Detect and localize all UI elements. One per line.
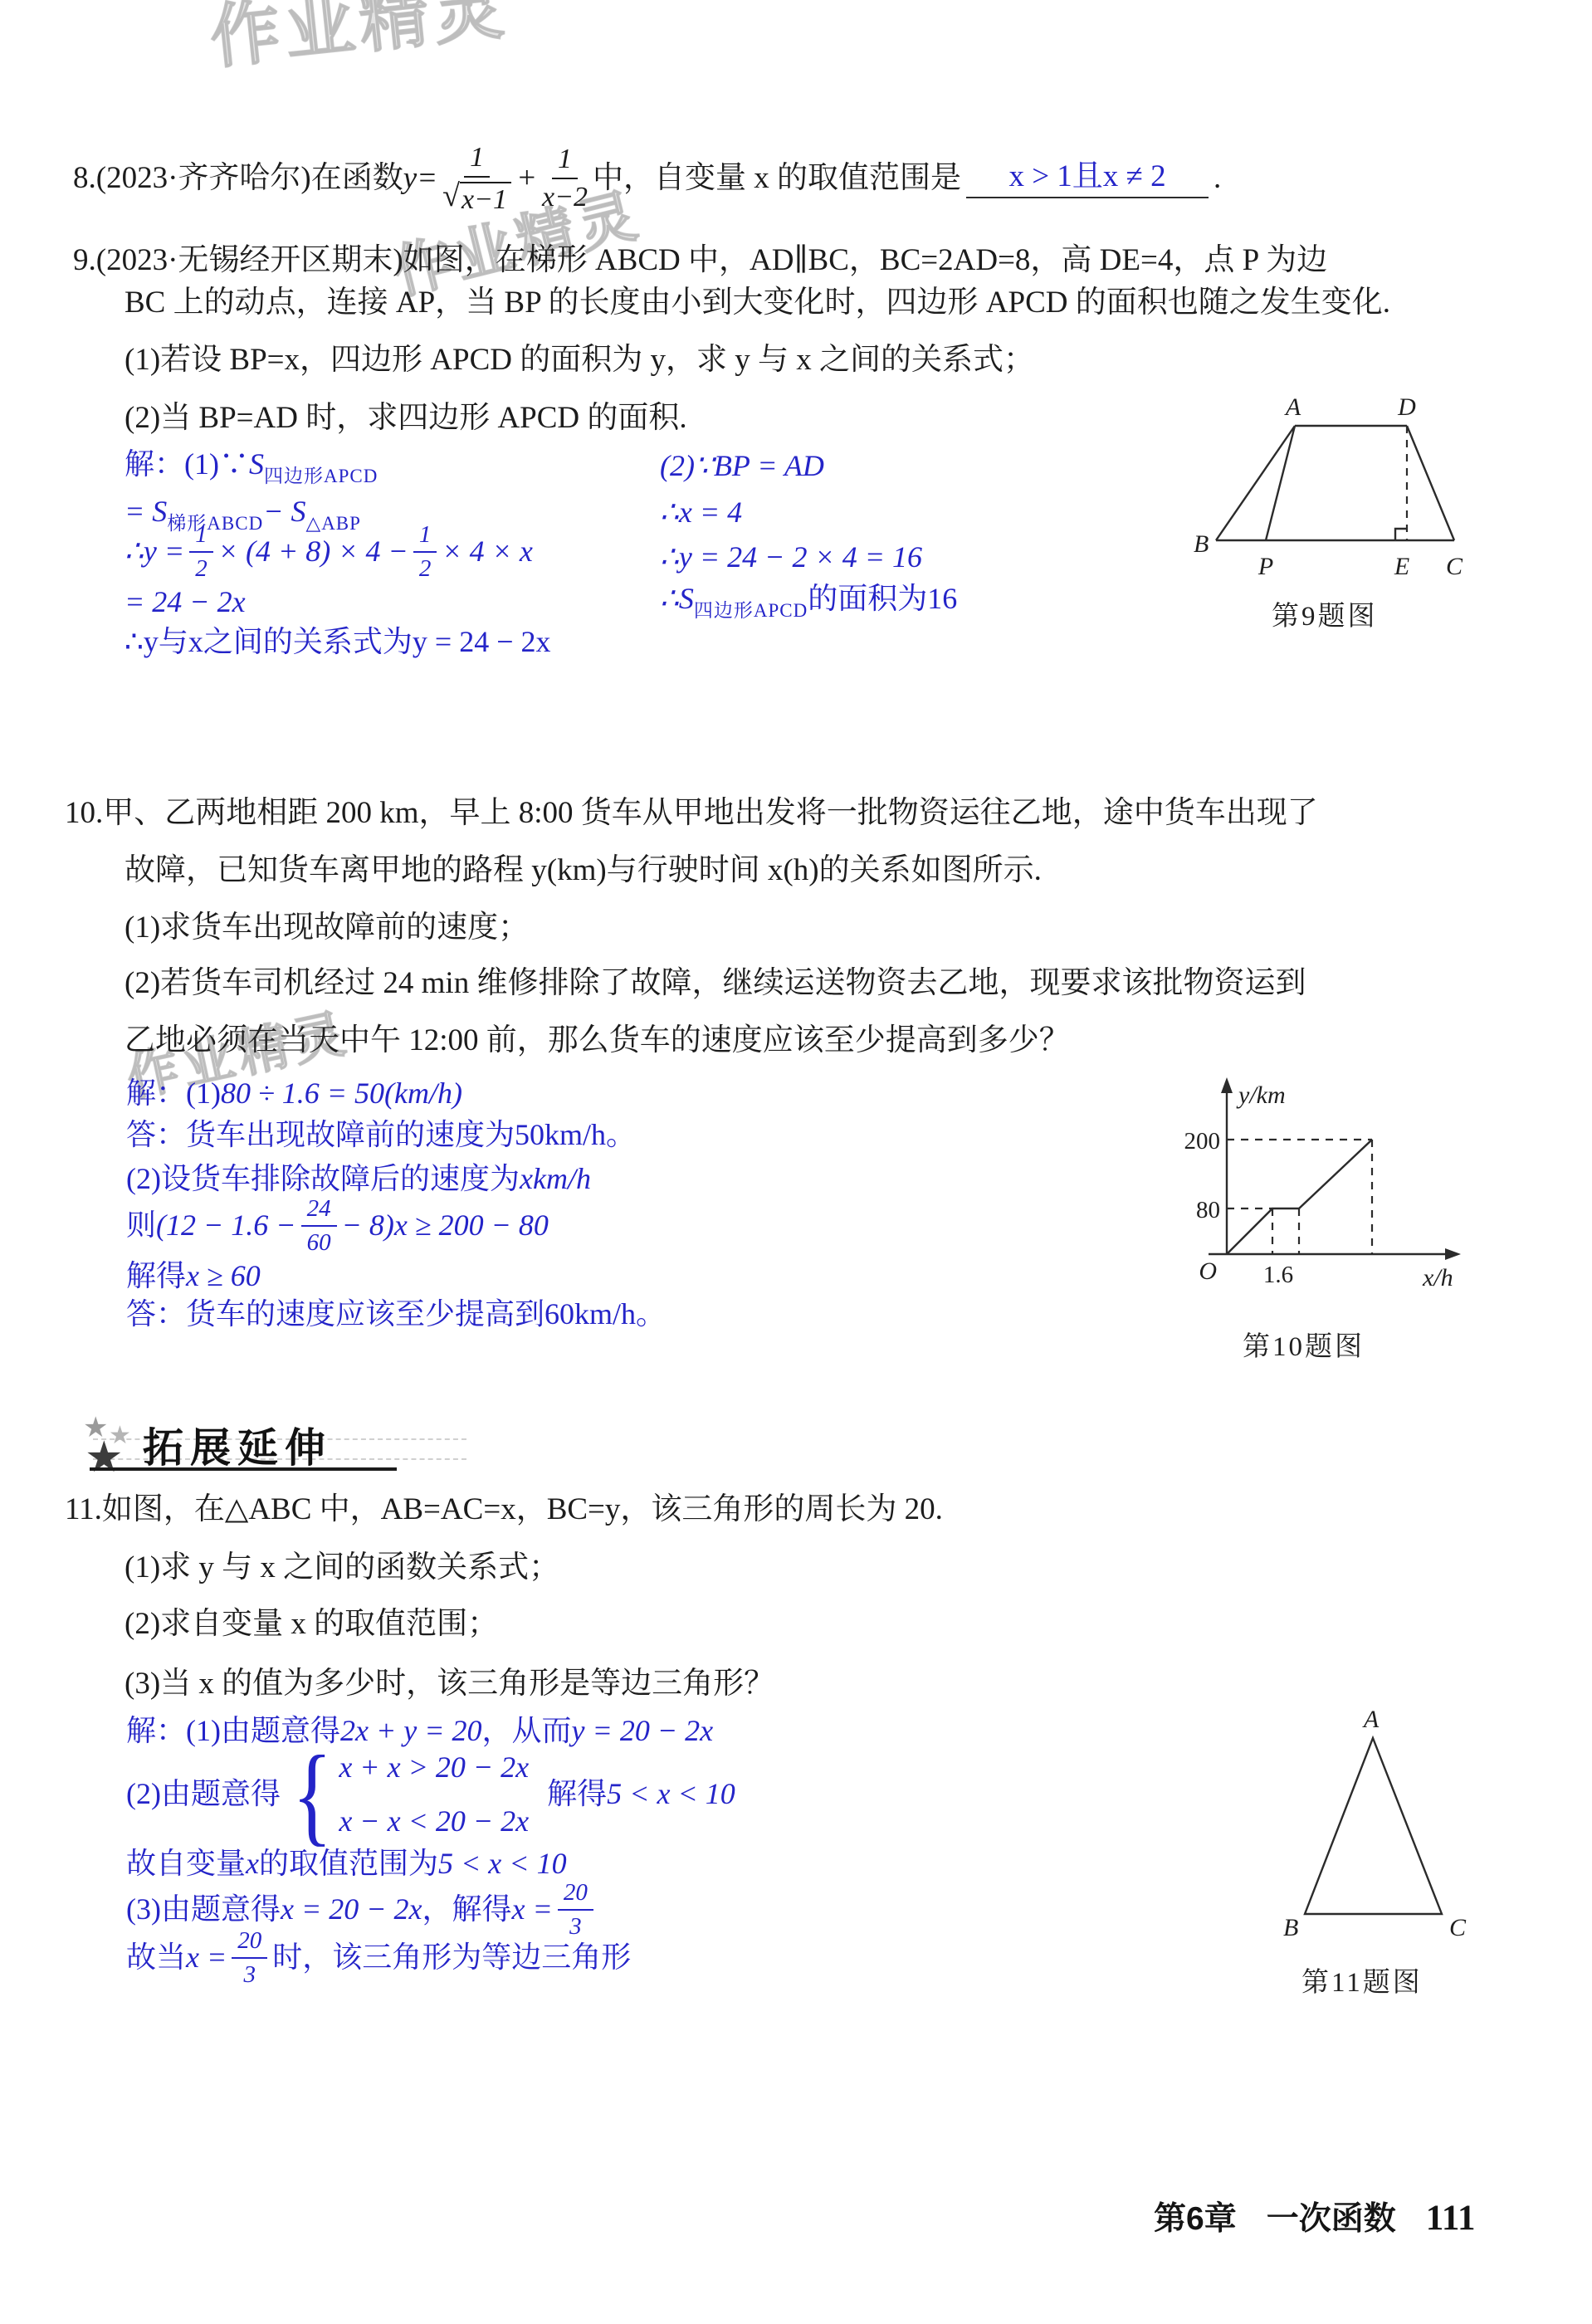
problem-9-line-2: BC 上的动点，连接 AP，当 BP 的长度由小到大变化时，四边形 APCD 的… (125, 285, 1390, 321)
radical-sign: √ (442, 182, 460, 210)
solution-text: x (246, 1846, 259, 1882)
fraction-numerator: 20 (232, 1929, 267, 1959)
solution-text: × 4 × x (442, 534, 533, 569)
solution-11-line-3: 故自变量 x 的取值范围为 5 < x < 10 (126, 1846, 567, 1882)
problem-10-line-1: 10.甲、乙两地相距 200 km，早上 8:00 货车从甲地出发将一批物资运往… (65, 795, 1318, 832)
y-tick-80: 80 (1196, 1197, 1220, 1223)
vertex-label-c: C (1449, 1914, 1467, 1941)
solution-text: 解得 (547, 1776, 607, 1812)
solution-text: 则 (126, 1208, 156, 1243)
solution-11-system: (2)由题意得 { x + x > 20 − 2x x − x < 20 − 2… (126, 1743, 735, 1846)
fraction-denominator: 60 (307, 1227, 331, 1255)
watermark-top: 作业精灵 (205, 0, 513, 82)
solution-text: × (4 + 8) × 4 − (218, 534, 408, 569)
solution-9-line-3: ∴y = 1 2 × (4 + 8) × 4 − 1 2 × 4 × x (125, 525, 533, 579)
solution-text: (12 − 1.6 − (156, 1208, 296, 1243)
solution-9-line-5: ∴y与x之间的关系式为y = 24 − 2x (125, 624, 551, 660)
inequality-1: x + x > 20 − 2x (339, 1750, 529, 1785)
solution-text: 80 ÷ 1.6 = 50(km/h) (221, 1076, 462, 1111)
y-axis-arrow (1221, 1077, 1233, 1093)
figure-10-graph: y/km x/h 200 80 O 1.6 (1177, 1073, 1467, 1301)
y-tick-200: 200 (1184, 1128, 1221, 1155)
solution-text: ，解得 (422, 1892, 512, 1927)
footer-page-number: 111 (1426, 2198, 1476, 2239)
solution-10-line-3: (2)设货车排除故障后的速度为 xkm/h (126, 1161, 591, 1197)
page-footer: 第6章 一次函数 111 (1154, 2193, 1475, 2239)
solution-text: (2)由题意得 (126, 1776, 281, 1812)
solution-text: x = (512, 1892, 553, 1927)
inequality-system: x + x > 20 − 2x x − x < 20 − 2x (339, 1750, 529, 1839)
problem-9-item-1: (1)若设 BP=x，四边形 APCD 的面积为 y，求 y 与 x 之间的关系… (125, 342, 1034, 378)
vertex-label-c: C (1446, 553, 1463, 580)
solution-text: xkm/h (520, 1161, 591, 1197)
solution-text: 时，该三角形为等边三角形 (272, 1940, 631, 1975)
guide-lines (1227, 1140, 1372, 1254)
problem-10-line-2: 故障，已知货车离甲地的路程 y(km)与行驶时间 x(h)的关系如图所示. (125, 852, 1042, 889)
solution-text: 解：(1) (126, 1076, 221, 1111)
solution-text: x = (186, 1940, 227, 1975)
problem-10-item-1: (1)求货车出现故障前的速度； (125, 910, 529, 946)
fraction-numerator: 24 (301, 1197, 337, 1227)
solution-text: ∴S (660, 581, 694, 617)
answer-blank-8: x > 1且x ≠ 2 (966, 159, 1209, 198)
fraction-numerator: 1 (189, 523, 213, 553)
vertex-label-a: A (1362, 1706, 1380, 1733)
solution-10-line-5: 解得 x ≥ 60 (126, 1258, 261, 1294)
fraction-numerator: 1 (413, 523, 437, 553)
x-axis-arrow (1445, 1248, 1461, 1260)
problem-11-line-1: 11.如图，在△ABC 中，AB=AC=x，BC=y，该三角形的周长为 20. (65, 1492, 943, 1528)
fraction-1-over-x-minus-2: 1 x−2 (542, 145, 588, 212)
problem-11-item-2: (2)求自变量 x 的取值范围； (125, 1606, 498, 1643)
problem-8-period: . (1214, 160, 1221, 197)
solution-text: 故自变量 (126, 1846, 246, 1882)
origin-label: O (1199, 1257, 1217, 1285)
solution-10-line-6: 答：货车的速度应该至少提高到60km/h。 (126, 1296, 666, 1332)
vertex-label-a: A (1284, 393, 1301, 421)
area-subscript: 四边形APCD (264, 465, 378, 488)
solution-9-line-1: 解：(1)∵ S 四边形APCD (125, 447, 378, 482)
x-tick-1-6: 1.6 (1263, 1262, 1293, 1288)
problem-11-item-3: (3)当 x 的值为多少时，该三角形是等边三角形？ (125, 1666, 774, 1702)
figure-11-caption: 第11题图 (1301, 1960, 1423, 1999)
section-underline (90, 1467, 397, 1471)
fraction-20-over-3: 20 3 (232, 1929, 267, 1987)
solution-9-right-3: ∴y = 24 − 2 × 4 = 16 (660, 539, 922, 575)
trapezoid-shape (1216, 426, 1454, 540)
plus-sign: + (516, 160, 537, 197)
solution-10-line-2: 答：货车出现故障前的速度为50km/h。 (126, 1117, 636, 1153)
problem-10-item-2a: (2)若货车司机经过 24 min 维修排除了故障，继续运送物资去乙地，现要求该… (125, 965, 1306, 1002)
figure-11-triangle: A B C (1272, 1706, 1487, 1947)
fraction-numerator: 20 (558, 1881, 593, 1911)
solution-text: x ≥ 60 (186, 1258, 261, 1294)
problem-8-line: 8.(2023·齐齐哈尔)在函数 y= 1 √ x−1 + 1 x−2 中，自变… (73, 124, 1221, 232)
fraction-denominator: 2 (195, 553, 208, 581)
problem-9-item-2: (2)当 BP=AD 时，求四边形 APCD 的面积. (125, 400, 687, 437)
problem-9-line-1: 9.(2023·无锡经开区期末)如图，在梯形 ABCD 中，AD∥BC，BC=2… (73, 242, 1327, 279)
solution-11-line-4: (3)由题意得 x = 20 − 2x ，解得 x = 20 3 (126, 1882, 598, 1937)
solution-text: 故当 (126, 1940, 186, 1975)
fraction-numerator: 1 (464, 144, 490, 178)
problem-8-mid: 中，自变量 x 的取值范围是 (593, 160, 961, 197)
solution-10-line-1: 解：(1) 80 ÷ 1.6 = 50(km/h) (126, 1076, 462, 1111)
footer-chapter: 第6章 (1154, 2193, 1237, 2239)
radicand: x−1 (460, 182, 511, 214)
fraction-numerator: 1 (552, 145, 578, 179)
fraction-24-over-60: 24 60 (301, 1197, 337, 1255)
solution-10-line-4: 则 (12 − 1.6 − 24 60 − 8)x ≥ 200 − 80 (126, 1199, 549, 1253)
solution-text: 的取值范围为 (259, 1846, 438, 1882)
fraction-denominator: 2 (419, 553, 432, 581)
area-symbol: S (249, 447, 264, 482)
solution-text: 解：(1)∵ (125, 447, 249, 482)
solution-9-right-1: (2)∵BP = AD (660, 448, 824, 484)
fraction-1-over-sqrt-x-minus-1: 1 √ x−1 (442, 144, 511, 214)
problem-11-item-1: (1)求 y 与 x 之间的函数关系式； (125, 1550, 559, 1586)
solution-text: 解得 (126, 1258, 186, 1294)
footer-chapter-title: 一次函数 (1267, 2193, 1396, 2239)
solution-9-line-4: = 24 − 2x (125, 584, 246, 620)
figure-9-trapezoid: A D B P E C (1187, 388, 1486, 596)
area-subscript: 四边形APCD (694, 599, 808, 622)
x-axis-label: x/h (1422, 1264, 1453, 1291)
solution-text: (3)由题意得 (126, 1892, 281, 1927)
vertex-label-e: E (1394, 553, 1409, 580)
fraction-one-half: 1 2 (189, 523, 213, 581)
vertex-label-b: B (1283, 1914, 1298, 1941)
textbook-page: 作业精灵 作业精灵 作业精灵 8.(2023·齐齐哈尔)在函数 y= 1 √ x… (0, 0, 1592, 2324)
figure-10-caption: 第10题图 (1243, 1325, 1365, 1364)
triangle-shape (1305, 1738, 1442, 1914)
vertex-label-d: D (1397, 393, 1416, 421)
fraction-denominator: x−2 (542, 179, 588, 212)
vertex-label-p: P (1257, 553, 1273, 580)
solution-text: x = 20 − 2x (281, 1892, 422, 1927)
fraction-denominator: √ x−1 (442, 178, 511, 214)
star-icon: ★ (85, 1433, 124, 1482)
solution-text: 的面积为16 (808, 581, 957, 617)
solution-text: (2)设货车排除故障后的速度为 (126, 1161, 520, 1197)
answer-text-8: x > 1且x ≠ 2 (1008, 159, 1165, 193)
figure-9-caption: 第9题图 (1272, 594, 1378, 633)
vertex-label-b: B (1194, 530, 1209, 558)
solution-9-right-4: ∴S 四边形APCD 的面积为16 (660, 581, 957, 617)
formula-y-equals: y= (403, 160, 437, 197)
y-axis-label: y/km (1236, 1081, 1286, 1109)
fraction-denominator: 3 (244, 1959, 256, 1987)
solution-9-right-2: ∴x = 4 (660, 495, 742, 530)
fraction-one-half: 1 2 (413, 523, 437, 581)
solution-text: 5 < x < 10 (607, 1776, 735, 1812)
inequality-2: x − x < 20 − 2x (339, 1804, 529, 1839)
solution-text: − 8)x ≥ 200 − 80 (342, 1208, 549, 1243)
section-title: 拓展延伸 (143, 1416, 332, 1474)
problem-10-item-2b: 乙地必须在当天中午 12:00 前，那么货车的速度应该至少提高到多少？ (125, 1023, 1070, 1059)
solution-11-line-5: 故当 x = 20 3 时，该三角形为等边三角形 (126, 1931, 631, 1985)
system-brace: { (292, 1745, 332, 1845)
solution-text: 5 < x < 10 (438, 1846, 567, 1882)
problem-8-lead: 8.(2023·齐齐哈尔)在函数 (73, 160, 403, 197)
solution-text: ∴y = (125, 534, 184, 569)
